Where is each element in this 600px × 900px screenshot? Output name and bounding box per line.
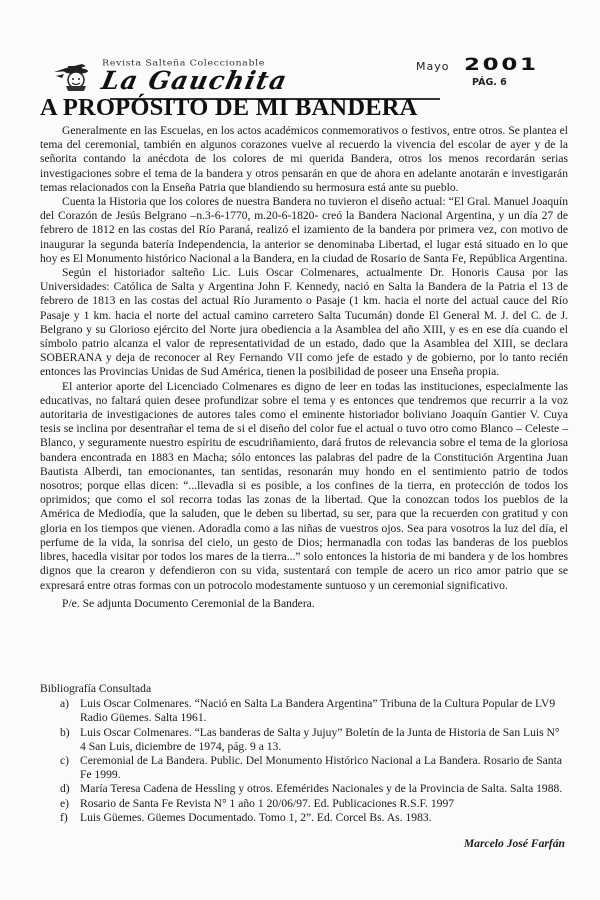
item-text: María Teresa Cadena de Hessling y otros.… [80,782,562,795]
magazine-page: Revista Salteña Coleccionable La Gauchit… [0,0,600,900]
bibliography-heading: Bibliografía Consultada [40,682,568,696]
item-letter: d) [60,782,70,796]
gaucho-hat-logo-icon [52,62,98,92]
article-body: Generalmente en las Escuelas, en los act… [40,124,568,611]
item-letter: a) [60,697,69,711]
magazine-title: La Gauchita [99,66,291,95]
bibliography-item: e) Rosario de Santa Fe Revista N° 1 año … [40,797,568,811]
article-title: A PROPÓSITO DE MI BANDERA [40,94,418,122]
author-signature: Marcelo José Farfán [464,837,565,850]
bibliography-item: a) Luis Oscar Colmenares. “Nació en Salt… [40,697,568,725]
issue-year: 2001 [464,55,539,75]
item-text: Luis Güemes. Güemes Documentado. Tomo 1,… [80,811,432,824]
paragraph: Generalmente en las Escuelas, en los act… [40,124,568,195]
bibliography-item: d) María Teresa Cadena de Hessling y otr… [40,782,568,796]
item-text: Ceremonial de La Bandera. Public. Del Mo… [80,754,562,781]
item-text: Luis Oscar Colmenares. “Nació en Salta L… [80,697,555,724]
masthead: Revista Salteña Coleccionable La Gauchit… [52,58,572,98]
item-text: Luis Oscar Colmenares. “Las banderas de … [80,726,560,753]
item-letter: e) [60,797,69,811]
postscript: P/e. Se adjunta Documento Ceremonial de … [40,597,568,611]
bibliography-list: a) Luis Oscar Colmenares. “Nació en Salt… [40,697,568,825]
page-number: PÁG. 6 [472,77,507,88]
item-letter: c) [60,754,69,768]
item-letter: b) [60,726,70,740]
bibliography: Bibliografía Consultada a) Luis Oscar Co… [40,682,568,825]
paragraph: Cuenta la Historia que los colores de nu… [40,195,568,266]
bibliography-item: f) Luis Güemes. Güemes Documentado. Tomo… [40,811,568,825]
paragraph: El anterior aporte del Licenciado Colmen… [40,380,568,593]
issue-month: Mayo [416,60,449,73]
paragraph: Según el historiador salteño Lic. Luis O… [40,266,568,380]
bibliography-item: b) Luis Oscar Colmenares. “Las banderas … [40,726,568,754]
item-letter: f) [60,811,68,825]
item-text: Rosario de Santa Fe Revista N° 1 año 1 2… [80,797,454,810]
bibliography-item: c) Ceremonial de La Bandera. Public. Del… [40,754,568,782]
